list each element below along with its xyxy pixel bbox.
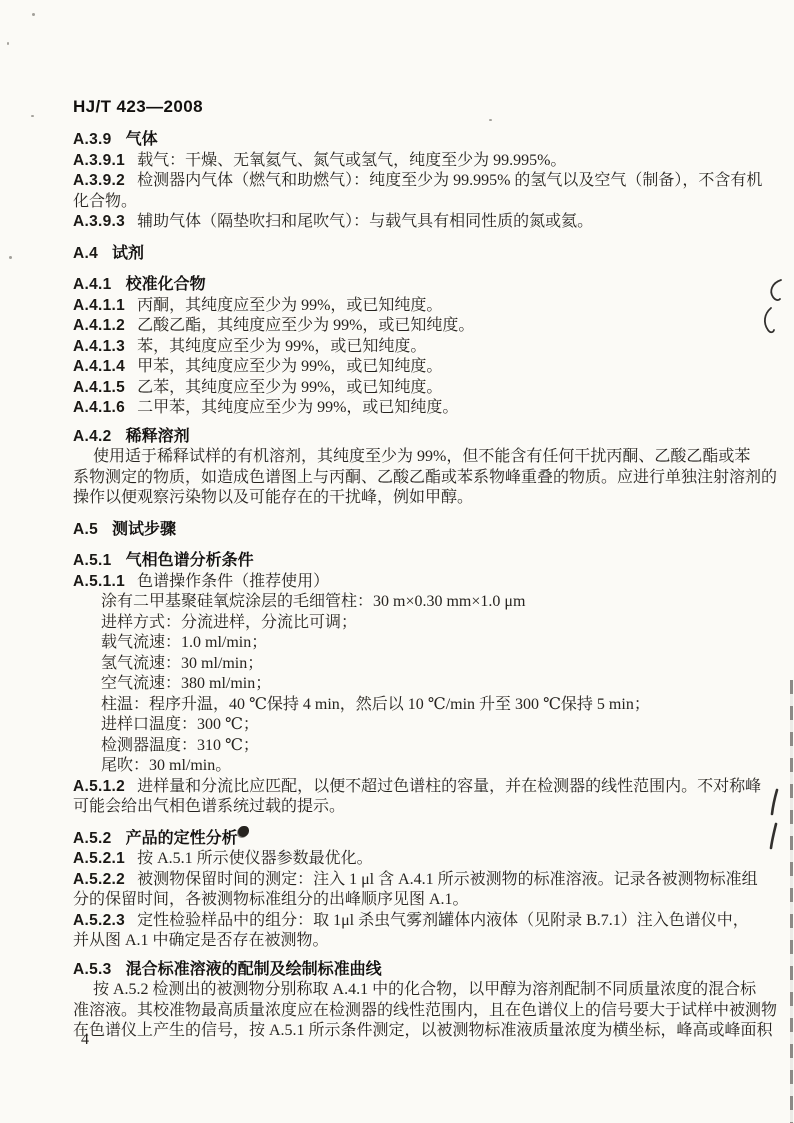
line-text: 使用适于稀释试样的有机溶剂，其纯度至少为 99%，但不能含有任何干扰丙酮、乙酸乙… <box>93 448 750 465</box>
line-text: 试剂 <box>112 245 144 262</box>
line-text: 化合物。 <box>73 193 137 210</box>
line-text: 操作以便观察污染物以及可能存在的干扰峰，例如甲醇。 <box>73 489 473 506</box>
line-text: 准溶液。其校准物最高质量浓度应在检测器的线性范围内，且在色谱仪上的信号要大于试样… <box>73 1002 777 1019</box>
line-text: 可能会给出气相色谱系统过载的提示。 <box>73 798 345 815</box>
line-text: 载气：干燥、无氧氦气、氮气或氢气，纯度至少为 99.995%。 <box>137 152 566 169</box>
text-line: A.5.2.2被测物保留时间的测定：注入 1 μl 含 A.4.1 所示被测物的… <box>73 870 733 891</box>
scanned-document-page: HJ/T 423—2008 A.3.9气体A.3.9.1载气：干燥、无氧氦气、氮… <box>0 0 794 1123</box>
text-line: A.4.1.5乙苯，其纯度应至少为 99%，或已知纯度。 <box>73 378 733 399</box>
line-text: 进样口温度：300 ℃； <box>101 716 259 733</box>
text-line: A.3.9.2检测器内气体（燃气和助燃气）：纯度至少为 99.995% 的氢气以… <box>73 171 733 192</box>
document-content: HJ/T 423—2008 A.3.9气体A.3.9.1载气：干燥、无氧氦气、氮… <box>73 96 733 1042</box>
line-text: 乙酸乙酯，其纯度应至少为 99%，或已知纯度。 <box>137 317 474 334</box>
line-text: 乙苯，其纯度应至少为 99%，或已知纯度。 <box>137 379 442 396</box>
section-heading: A.4试剂 <box>73 244 733 265</box>
clause-number: A.3.9.3 <box>73 213 125 230</box>
handwritten-pen-curve-marks <box>759 276 789 338</box>
line-text: 被测物保留时间的测定：注入 1 μl 含 A.4.1 所示被测物的标准溶液。记录… <box>137 871 758 888</box>
text-line: A.4.1.4甲苯，其纯度应至少为 99%，或已知纯度。 <box>73 357 733 378</box>
clause-number: A.3.9 <box>73 131 112 148</box>
text-line: 可能会给出气相色谱系统过载的提示。 <box>73 797 733 818</box>
clause-number: A.4.2 <box>73 428 112 445</box>
clause-number: A.5.2 <box>73 830 112 847</box>
text-line: 操作以便观察污染物以及可能存在的干扰峰，例如甲醇。 <box>73 488 733 509</box>
section-heading: A.4.1校准化合物 <box>73 275 733 296</box>
text-line: 进样方式：分流进样，分流比可调； <box>73 613 733 634</box>
text-line: A.4.1.6二甲苯，其纯度应至少为 99%，或已知纯度。 <box>73 398 733 419</box>
clause-number: A.4.1.5 <box>73 379 125 396</box>
text-line: 准溶液。其校准物最高质量浓度应在检测器的线性范围内，且在色谱仪上的信号要大于试样… <box>73 1001 733 1022</box>
section-heading: A.4.2稀释溶剂 <box>73 427 733 448</box>
text-line: A.3.9.1载气：干燥、无氧氦气、氮气或氢气，纯度至少为 99.995%。 <box>73 151 733 172</box>
clause-number: A.3.9.1 <box>73 152 125 169</box>
line-text: 丙酮，其纯度应至少为 99%，或已知纯度。 <box>137 297 442 314</box>
line-text: 稀释溶剂 <box>126 428 190 445</box>
clause-number: A.4 <box>73 245 98 262</box>
text-line: 涂有二甲基聚硅氧烷涂层的毛细管柱：30 m×0.30 mm×1.0 μm <box>73 592 733 613</box>
handwritten-pen-stroke-marks <box>763 786 783 852</box>
text-line: 分的保留时间，各被测物标准组分的出峰顺序见图 A.1。 <box>73 890 733 911</box>
clause-number: A.5.1.2 <box>73 778 125 795</box>
clause-number: A.5.3 <box>73 961 112 978</box>
section-heading: A.3.9气体 <box>73 130 733 151</box>
clause-number: A.4.1.6 <box>73 399 125 416</box>
clause-number: A.4.1.4 <box>73 358 125 375</box>
text-line: 系物测定的物质，如造成色谱图上与丙酮、乙酸乙酯或苯系物峰重叠的物质。应进行单独注… <box>73 468 733 489</box>
line-text: 在色谱仪上产生的信号，按 A.5.1 所示条件测定，以被测物标准液质量浓度为横坐… <box>73 1022 773 1039</box>
scan-edge-shadow <box>790 680 793 1123</box>
line-text: 进样方式：分流进样，分流比可调； <box>101 614 357 631</box>
text-line: A.5.1.2进样量和分流比应匹配，以便不超过色谱柱的容量，并在检测器的线性范围… <box>73 777 733 798</box>
line-text: 空气流速：380 ml/min； <box>101 675 271 692</box>
page-number: 4 <box>81 1030 89 1050</box>
section-heading: A.5.1气相色谱分析条件 <box>73 551 733 572</box>
clause-number: A.4.1.3 <box>73 338 125 355</box>
line-text: 气体 <box>126 131 158 148</box>
scan-speck <box>32 13 35 16</box>
text-line: A.4.1.1丙酮，其纯度应至少为 99%，或已知纯度。 <box>73 296 733 317</box>
scan-speck <box>489 119 492 121</box>
clause-number: A.5.1.1 <box>73 573 125 590</box>
line-text: 柱温：程序升温，40 ℃保持 4 min，然后以 10 ℃/min 升至 300… <box>101 696 650 713</box>
text-line: A.4.1.2乙酸乙酯，其纯度应至少为 99%，或已知纯度。 <box>73 316 733 337</box>
text-line: 柱温：程序升温，40 ℃保持 4 min，然后以 10 ℃/min 升至 300… <box>73 695 733 716</box>
text-line: 按 A.5.2 检测出的被测物分别称取 A.4.1 中的化合物，以甲醇为溶剂配制… <box>73 980 733 1001</box>
line-text: 分的保留时间，各被测物标准组分的出峰顺序见图 A.1。 <box>73 891 469 908</box>
document-lines: A.3.9气体A.3.9.1载气：干燥、无氧氦气、氮气或氢气，纯度至少为 99.… <box>73 130 733 1042</box>
line-text: 检测器内气体（燃气和助燃气）：纯度至少为 99.995% 的氢气以及空气（制备）… <box>137 172 762 189</box>
clause-number: A.4.1.1 <box>73 297 125 314</box>
text-line: 检测器温度：310 ℃； <box>73 736 733 757</box>
line-text: 二甲苯，其纯度应至少为 99%，或已知纯度。 <box>137 399 458 416</box>
clause-number: A.5.2.2 <box>73 871 125 888</box>
line-text: 辅助气体（隔垫吹扫和尾吹气）：与载气具有相同性质的氮或氦。 <box>137 213 593 230</box>
text-line: 化合物。 <box>73 192 733 213</box>
line-text: 产品的定性分析 <box>126 830 238 847</box>
text-line: A.5.2.1按 A.5.1 所示使仪器参数最优化。 <box>73 849 733 870</box>
scan-speck <box>31 115 34 117</box>
clause-number: A.3.9.2 <box>73 172 125 189</box>
ink-blot <box>238 826 249 837</box>
section-heading: A.5测试步骤 <box>73 520 733 541</box>
line-text: 进样量和分流比应匹配，以便不超过色谱柱的容量，并在检测器的线性范围内。不对称峰 <box>137 778 761 795</box>
line-text: 混合标准溶液的配制及绘制标准曲线 <box>126 961 382 978</box>
clause-number: A.5.1 <box>73 552 112 569</box>
clause-number: A.5.2.3 <box>73 912 125 929</box>
line-text: 并从图 A.1 中确定是否存在被测物。 <box>73 932 329 949</box>
clause-number: A.5.2.1 <box>73 850 125 867</box>
line-text: 甲苯，其纯度应至少为 99%，或已知纯度。 <box>137 358 442 375</box>
line-text: 苯，其纯度应至少为 99%，或已知纯度。 <box>137 338 426 355</box>
line-text: 载气流速：1.0 ml/min； <box>101 634 267 651</box>
scan-speck <box>9 256 12 259</box>
line-text: 按 A.5.2 检测出的被测物分别称取 A.4.1 中的化合物，以甲醇为溶剂配制… <box>93 981 756 998</box>
text-line: 氢气流速：30 ml/min； <box>73 654 733 675</box>
text-line: 载气流速：1.0 ml/min； <box>73 633 733 654</box>
line-text: 测试步骤 <box>112 521 176 538</box>
line-text: 系物测定的物质，如造成色谱图上与丙酮、乙酸乙酯或苯系物峰重叠的物质。应进行单独注… <box>73 469 777 486</box>
clause-number: A.4.1 <box>73 276 112 293</box>
section-heading: A.5.2产品的定性分析 <box>73 826 733 850</box>
text-line: 尾吹：30 ml/min。 <box>73 756 733 777</box>
section-heading: A.5.3混合标准溶液的配制及绘制标准曲线 <box>73 960 733 981</box>
line-text: 定性检验样品中的组分：取 1μl 杀虫气雾剂罐体内液体（见附录 B.7.1）注入… <box>137 912 749 929</box>
text-line: A.3.9.3辅助气体（隔垫吹扫和尾吹气）：与载气具有相同性质的氮或氦。 <box>73 212 733 233</box>
line-text: 涂有二甲基聚硅氧烷涂层的毛细管柱：30 m×0.30 mm×1.0 μm <box>101 593 525 610</box>
line-text: 气相色谱分析条件 <box>126 552 254 569</box>
line-text: 色谱操作条件（推荐使用） <box>137 573 329 590</box>
text-line: 进样口温度：300 ℃； <box>73 715 733 736</box>
line-text: 检测器温度：310 ℃； <box>101 737 259 754</box>
line-text: 校准化合物 <box>126 276 206 293</box>
line-text: 按 A.5.1 所示使仪器参数最优化。 <box>137 850 373 867</box>
clause-number: A.5 <box>73 521 98 538</box>
text-line: 使用适于稀释试样的有机溶剂，其纯度至少为 99%，但不能含有任何干扰丙酮、乙酸乙… <box>73 447 733 468</box>
line-text: 氢气流速：30 ml/min； <box>101 655 263 672</box>
text-line: A.4.1.3苯，其纯度应至少为 99%，或已知纯度。 <box>73 337 733 358</box>
text-line: 空气流速：380 ml/min； <box>73 674 733 695</box>
standard-number-header: HJ/T 423—2008 <box>73 96 733 118</box>
text-line: A.5.1.1色谱操作条件（推荐使用） <box>73 572 733 593</box>
text-line: A.5.2.3定性检验样品中的组分：取 1μl 杀虫气雾剂罐体内液体（见附录 B… <box>73 911 733 932</box>
text-line: 并从图 A.1 中确定是否存在被测物。 <box>73 931 733 952</box>
line-text: 尾吹：30 ml/min。 <box>101 757 231 774</box>
text-line: 在色谱仪上产生的信号，按 A.5.1 所示条件测定，以被测物标准液质量浓度为横坐… <box>73 1021 733 1042</box>
scan-speck <box>7 42 9 45</box>
clause-number: A.4.1.2 <box>73 317 125 334</box>
